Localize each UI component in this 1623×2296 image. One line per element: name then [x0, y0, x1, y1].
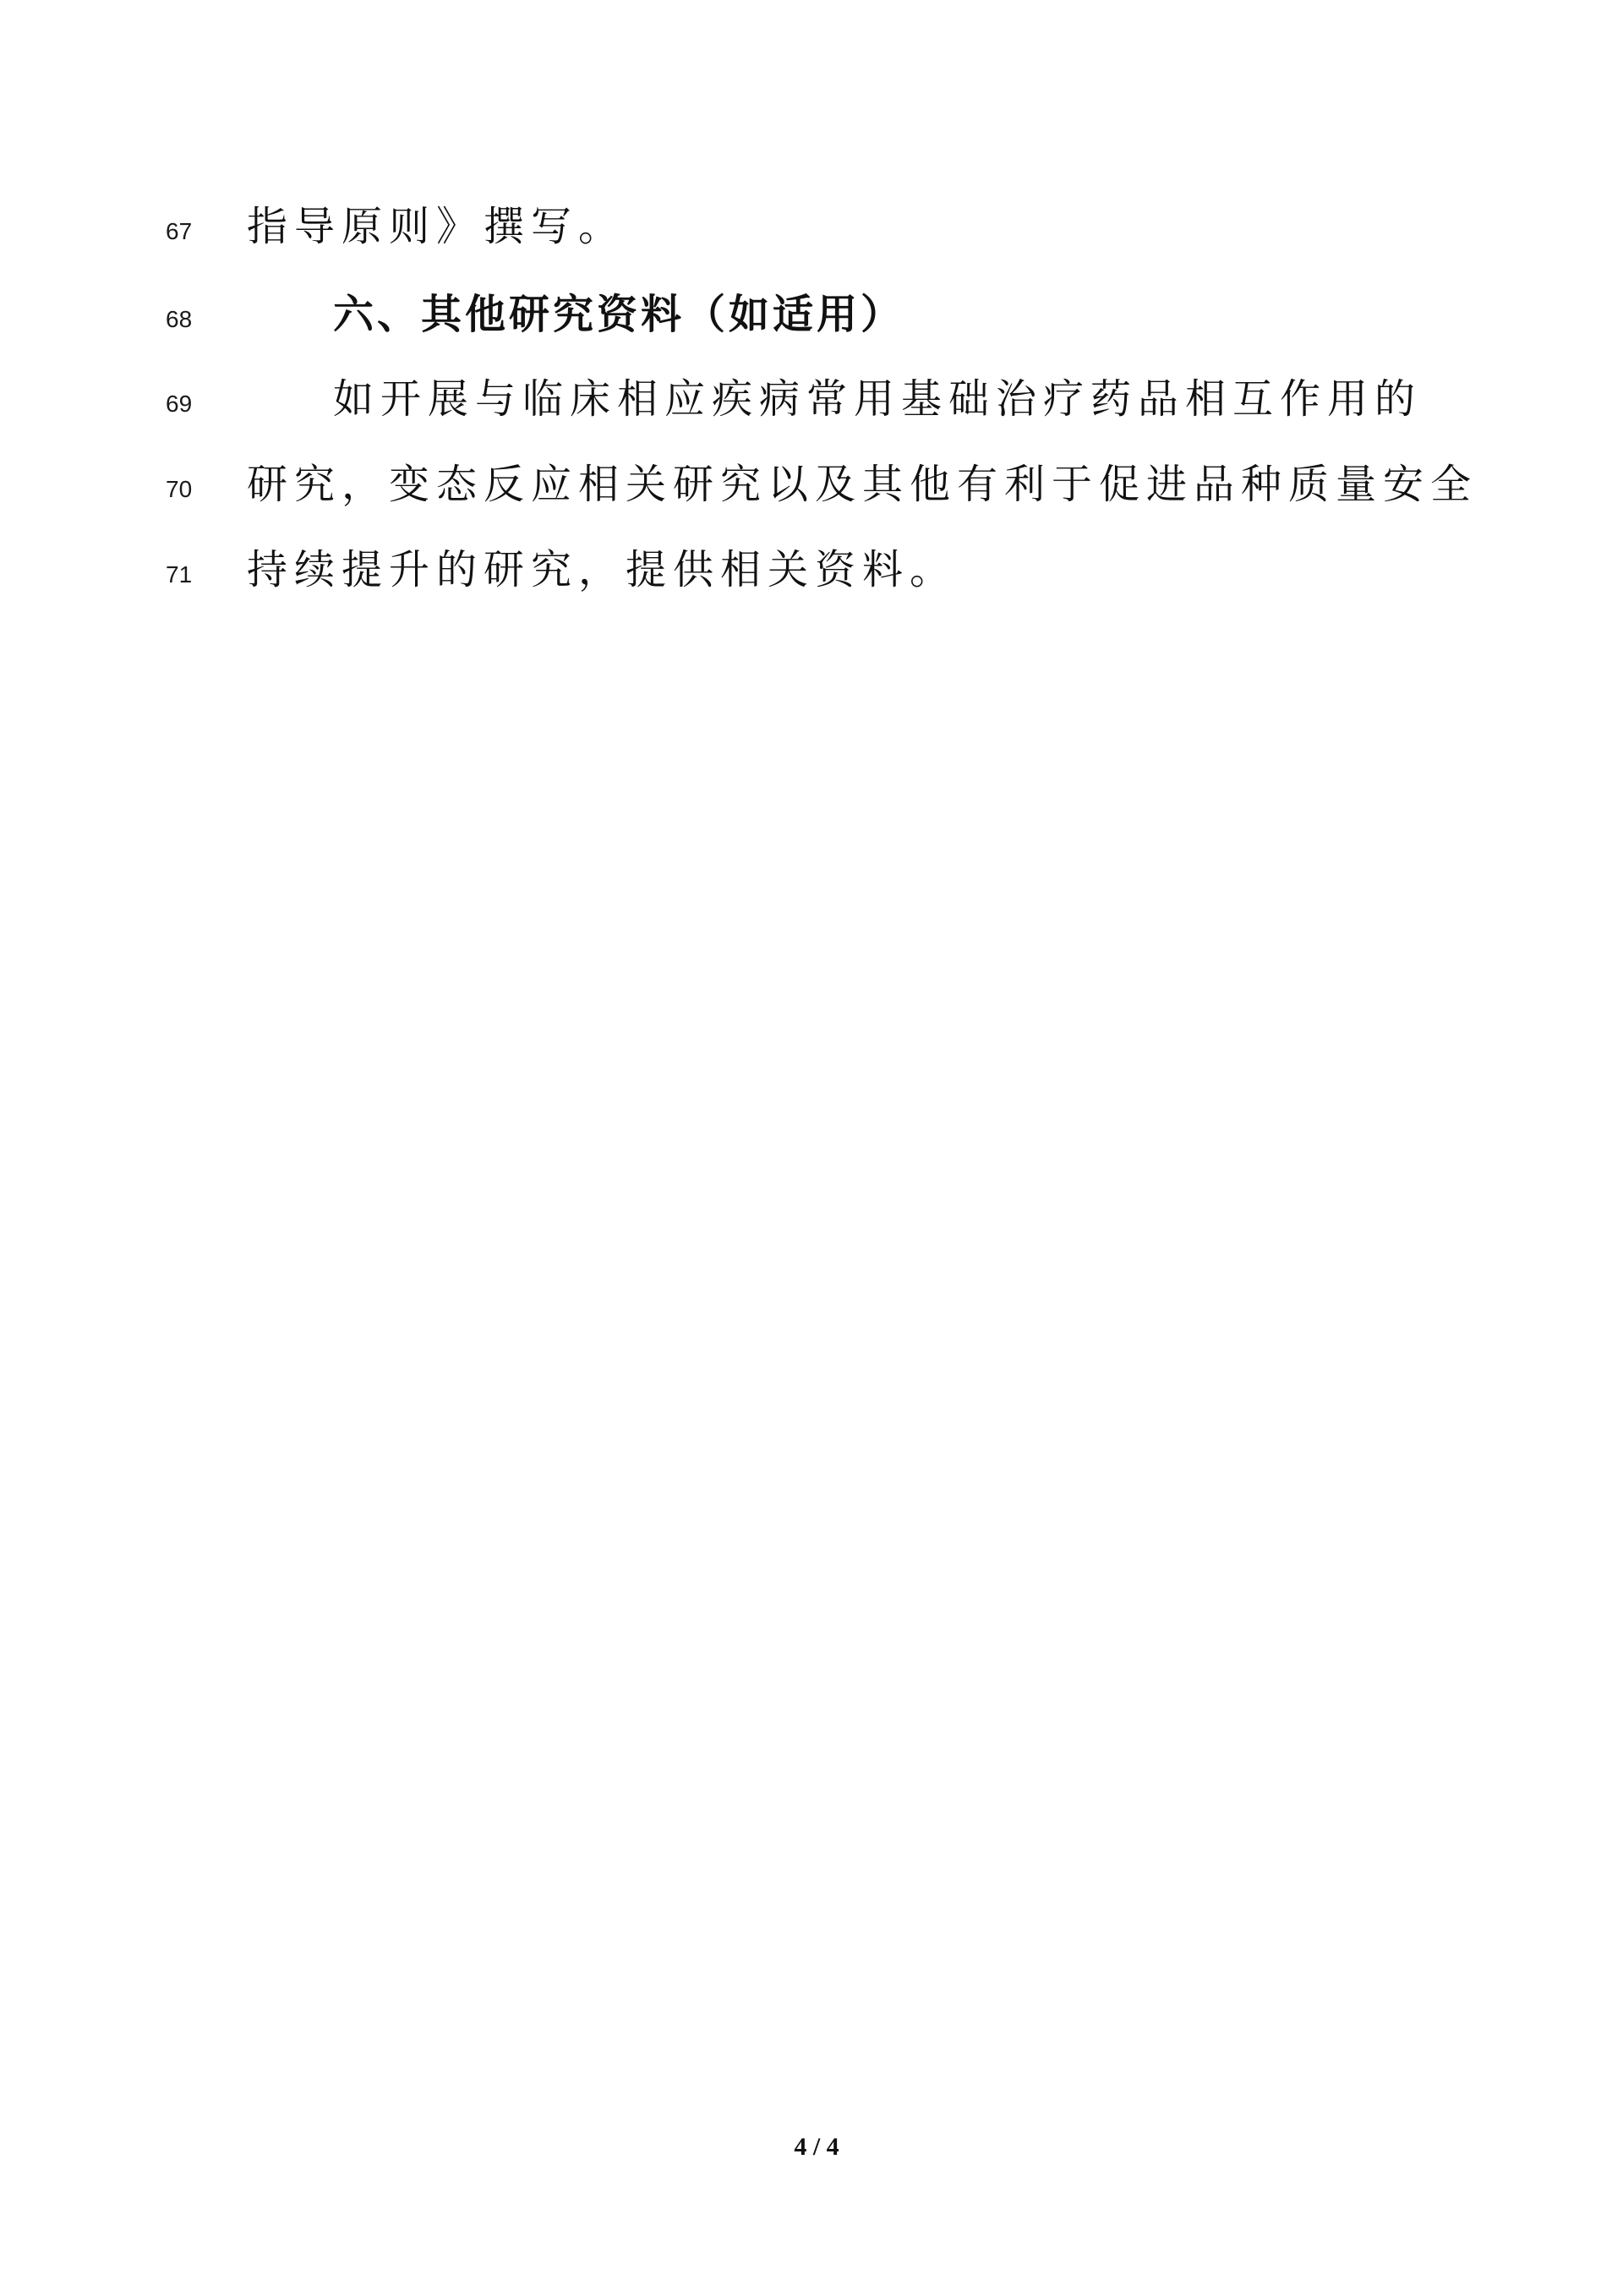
document-line-71: 71 持续提升的研究，提供相关资料。 — [0, 548, 1623, 632]
document-line-69: 69 如开展与临床相应疾病常用基础治疗药品相互作用的 — [0, 377, 1623, 462]
line-number: 69 — [166, 392, 192, 416]
line-text: 持续提升的研究，提供相关资料。 — [247, 548, 957, 592]
line-number: 67 — [166, 220, 192, 243]
section-heading: 六、其他研究资料（如适用） — [333, 292, 904, 336]
document-line-68: 68 六、其他研究资料（如适用） — [0, 292, 1623, 377]
document-line-67: 67 指导原则》撰写。 — [0, 205, 1623, 289]
line-number: 71 — [166, 563, 192, 587]
page-number: 4 / 4 — [0, 2134, 1623, 2161]
line-number: 70 — [166, 478, 192, 501]
line-number: 68 — [166, 308, 192, 331]
line-text: 如开展与临床相应疾病常用基础治疗药品相互作用的 — [333, 377, 1422, 421]
document-line-70: 70 研究，变态反应相关研究以及其他有利于促进品种质量安全 — [0, 462, 1623, 547]
document-page: 67 指导原则》撰写。 68 六、其他研究资料（如适用） 69 如开展与临床相应… — [0, 0, 1623, 2296]
line-text: 指导原则》撰写。 — [247, 205, 626, 249]
line-text: 研究，变态反应相关研究以及其他有利于促进品种质量安全 — [247, 462, 1478, 506]
